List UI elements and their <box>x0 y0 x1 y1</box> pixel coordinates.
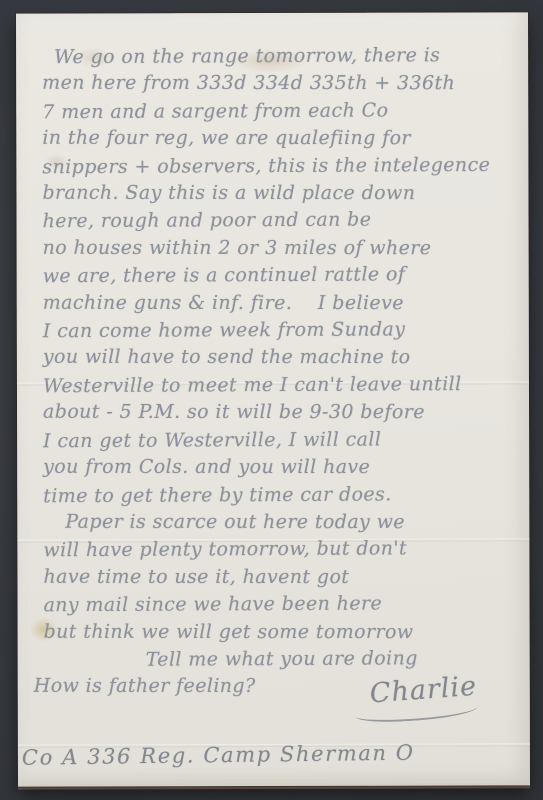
letter-line: any mail since we have been here <box>43 590 521 620</box>
letter-line: here, rough and poor and can be <box>42 206 520 236</box>
letter-line: Westerville to meet me I can't leave unt… <box>43 371 521 401</box>
photo-background: We go on the range tomorrow, there is me… <box>0 0 543 800</box>
letter-line: Tell me what you are doing <box>44 645 522 675</box>
letter-line: I can get to Westerville, I will call <box>43 425 521 455</box>
letter-line: have time to use it, havent got <box>43 563 521 591</box>
letter-line: machine guns & inf. fire. I believe <box>43 289 521 317</box>
letter-line: Paper is scarce out here today we <box>43 509 521 537</box>
address-line: Co A 336 Reg. Camp Sherman O <box>22 741 415 770</box>
letter-line: men here from 333d 334d 335th + 336th <box>42 70 520 98</box>
letter-line: snippers + observers, this is the intele… <box>42 151 520 181</box>
letter-paper: We go on the range tomorrow, there is me… <box>16 12 530 786</box>
letter-line: we are, there is a continuel rattle of <box>43 261 521 291</box>
letter-line: will have plenty tomorrow, but don't <box>43 535 521 565</box>
letter-line: We go on the range tomorrow, there is <box>42 42 520 72</box>
letter-line: I can come home week from Sunday <box>43 316 521 346</box>
letter-line: in the four reg, we are qualefiing for <box>42 125 520 153</box>
letter-line: time to get there by time car does. <box>43 480 521 510</box>
letter-line: no houses within 2 or 3 miles of where <box>43 235 521 263</box>
letter-body: We go on the range tomorrow, there is me… <box>42 42 522 701</box>
letter-line: you will have to send the machine to <box>43 344 521 372</box>
letter-line: but think we will get some tomorrow <box>44 618 522 646</box>
letter-line: you from Cols. and you will have <box>43 454 521 482</box>
letter-line: 7 men and a sargent from each Co <box>42 97 520 127</box>
letter-line: about - 5 P.M. so it will be 9-30 before <box>43 399 521 427</box>
letter-line: branch. Say this is a wild place down <box>42 180 520 208</box>
